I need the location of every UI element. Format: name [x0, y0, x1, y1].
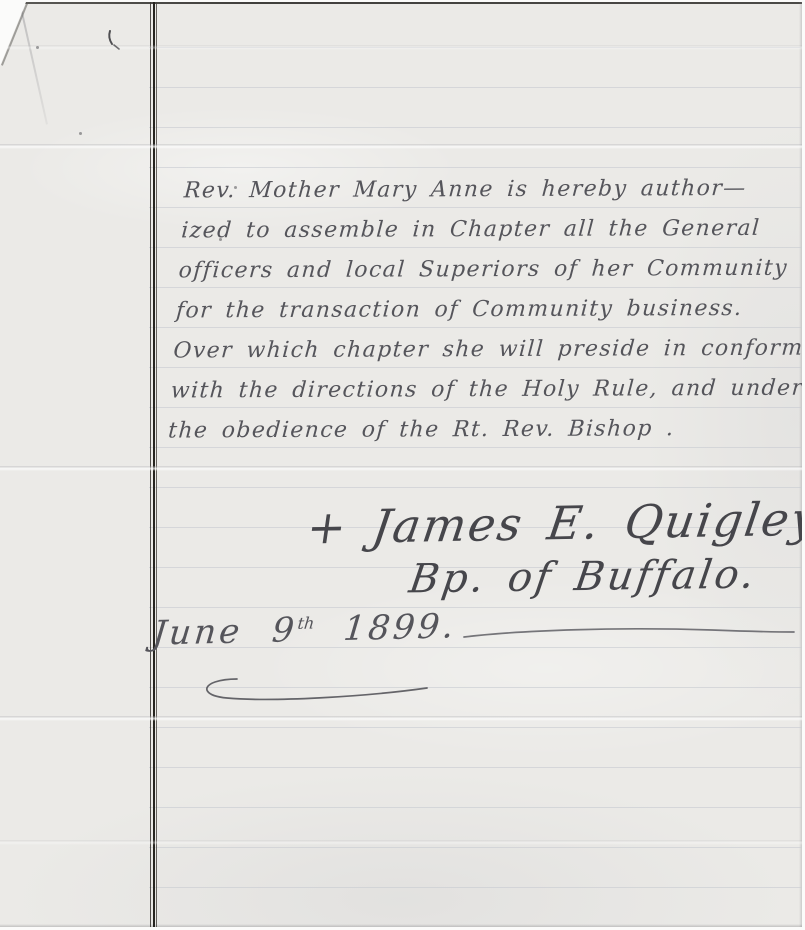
crease-line: [0, 840, 802, 845]
signature-title: Bp. of Buffalo.: [406, 552, 760, 603]
ink-speck: [79, 132, 82, 135]
ordinal-superscript: th: [297, 613, 316, 632]
date-line: June 9th 1899.: [151, 606, 459, 653]
date-dash-flourish: [462, 620, 798, 644]
crease-line: [0, 716, 802, 721]
ink-speck: [36, 46, 39, 49]
letter-body: Rev. Mother Mary Anne is hereby author— …: [167, 169, 805, 452]
paper-sheet: Rev. Mother Mary Anne is hereby author— …: [0, 2, 802, 927]
scanned-document: Rev. Mother Mary Anne is hereby author— …: [0, 0, 805, 930]
handwritten-line: for the transaction of Community busines…: [175, 289, 805, 332]
year-text: 1899.: [312, 606, 458, 649]
handwritten-line: Rev. Mother Mary Anne is hereby author—: [183, 169, 805, 212]
crease-line: [0, 466, 802, 471]
signature-name: + James E. Quigley,: [304, 491, 805, 554]
paper-top-edge: [20, 2, 802, 4]
handwritten-line: ized to assemble in Chapter all the Gene…: [180, 209, 805, 252]
handwritten-line: officers and local Superiors of her Comm…: [177, 249, 805, 292]
handwritten-line: with the directions of the Holy Rule, an…: [169, 369, 805, 412]
stray-ink-mark: [102, 28, 126, 56]
crease-line: [0, 144, 802, 149]
corner-fold-shadow: [20, 8, 48, 125]
closing-flourish: [193, 670, 433, 708]
vertical-margin-rule: [149, 2, 160, 927]
handwritten-line: the obedience of the Rt. Rev. Bishop .: [167, 409, 805, 452]
handwritten-line: Over which chapter she will preside in c…: [172, 329, 805, 372]
date-text: June 9: [151, 610, 299, 654]
